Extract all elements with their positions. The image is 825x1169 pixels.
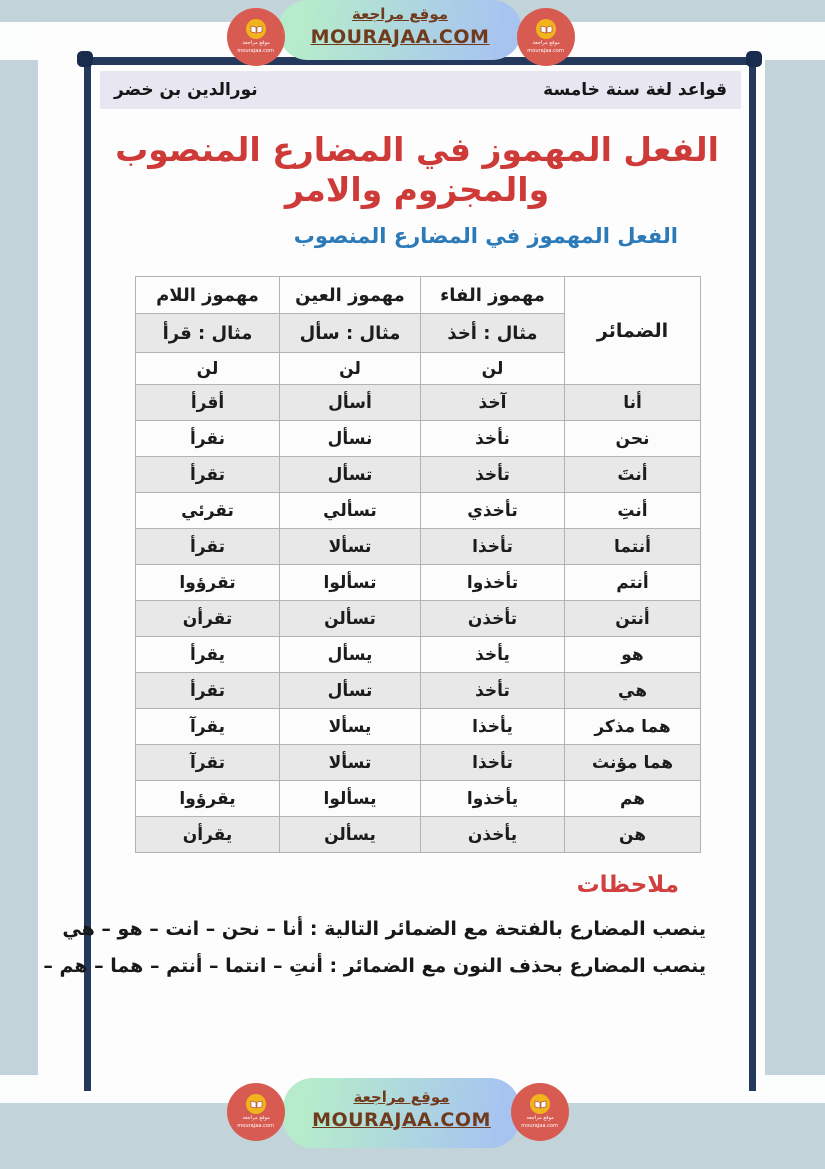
particle-cell: لن bbox=[136, 353, 280, 385]
col-ain-header: مهموز العين bbox=[280, 277, 421, 314]
lam-verb-cell: يقرأن bbox=[136, 817, 280, 853]
fa-verb-cell: تأخذ bbox=[421, 673, 565, 709]
lam-verb-cell: تقرئي bbox=[136, 493, 280, 529]
table-row: هنيأخذنيسألنيقرأن bbox=[136, 817, 701, 853]
open-book-icon bbox=[530, 1094, 550, 1114]
fa-verb-cell: يأخذوا bbox=[421, 781, 565, 817]
badge-text-url: mourajaa.com bbox=[238, 1123, 275, 1129]
lam-verb-cell: يقرآ bbox=[136, 709, 280, 745]
table-row: هما مذكريأخذايسألايقرآ bbox=[136, 709, 701, 745]
ain-verb-cell: يسألن bbox=[280, 817, 421, 853]
mourajaa-logo-badge: موقع مراجعة mourajaa.com bbox=[227, 1083, 285, 1141]
badge-text-ar: موقع مراجعة bbox=[242, 41, 269, 47]
ain-verb-cell: تسأل bbox=[280, 673, 421, 709]
note-line: ينصب المضارع بالفتحة مع الضمائر التالية … bbox=[62, 918, 706, 940]
ain-verb-cell: يسألوا bbox=[280, 781, 421, 817]
badge-text-url: mourajaa.com bbox=[528, 48, 565, 54]
open-book-icon bbox=[246, 1094, 266, 1114]
badge-text-ar: موقع مراجعة bbox=[242, 1116, 269, 1122]
col-ain-example: مثال : سأل bbox=[280, 314, 421, 353]
pronoun-cell: هما مؤنث bbox=[565, 745, 701, 781]
fa-verb-cell: تأخذن bbox=[421, 601, 565, 637]
ain-verb-cell: أسأل bbox=[280, 385, 421, 421]
header-row-names: الضمائر مهموز الفاء مهموز العين مهموز ال… bbox=[136, 277, 701, 314]
table-row: أنتِتأخذيتسأليتقرئي bbox=[136, 493, 701, 529]
mourajaa-logo-badge: موقع مراجعة mourajaa.com bbox=[511, 1083, 569, 1141]
pronoun-cell: أنتَ bbox=[565, 457, 701, 493]
fa-verb-cell: يأخذن bbox=[421, 817, 565, 853]
pronoun-cell: هما مذكر bbox=[565, 709, 701, 745]
ain-verb-cell: تسألوا bbox=[280, 565, 421, 601]
site-link-arabic[interactable]: موقع مراجعة bbox=[283, 1088, 520, 1108]
table-row: هميأخذوايسألوايقرؤوا bbox=[136, 781, 701, 817]
fa-verb-cell: آخذ bbox=[421, 385, 565, 421]
note-line: ينصب المضارع بحذف النون مع الضمائر : أنت… bbox=[43, 955, 706, 977]
document-header-bar: قواعد لغة سنة خامسة نورالدين بن خضر bbox=[100, 71, 741, 109]
section-title: الفعل المهموز في المضارع المنصوب bbox=[294, 224, 678, 248]
lam-verb-cell: تقرؤوا bbox=[136, 565, 280, 601]
col-lam-header: مهموز اللام bbox=[136, 277, 280, 314]
badge-text-url: mourajaa.com bbox=[522, 1123, 559, 1129]
site-link-domain[interactable]: MOURAJAA.COM bbox=[283, 1108, 520, 1133]
table-row: هويأخذيسأليقرأ bbox=[136, 637, 701, 673]
lam-verb-cell: أقرأ bbox=[136, 385, 280, 421]
open-book-icon bbox=[536, 19, 556, 39]
pronoun-cell: هن bbox=[565, 817, 701, 853]
fa-verb-cell: تأخذا bbox=[421, 529, 565, 565]
fa-verb-cell: تأخذوا bbox=[421, 565, 565, 601]
pronoun-cell: أنتن bbox=[565, 601, 701, 637]
pronoun-cell: هي bbox=[565, 673, 701, 709]
pronoun-cell: نحن bbox=[565, 421, 701, 457]
frame-right-border bbox=[749, 57, 756, 1091]
conjugation-table-wrap: الضمائر مهموز الفاء مهموز العين مهموز ال… bbox=[135, 276, 700, 853]
site-link-arabic[interactable]: موقع مراجعة bbox=[278, 5, 522, 25]
mourajaa-logo-badge: موقع مراجعة mourajaa.com bbox=[517, 8, 575, 66]
notes-title: ملاحظات bbox=[577, 872, 679, 898]
frame-corner-right bbox=[746, 51, 762, 67]
site-banner-top: موقع مراجعة MOURAJAA.COM bbox=[278, 0, 522, 60]
col-fa-header: مهموز الفاء bbox=[421, 277, 565, 314]
table-row: أنتنتأخذنتسألنتقرأن bbox=[136, 601, 701, 637]
lam-verb-cell: تقرأ bbox=[136, 673, 280, 709]
conjugation-table-head: الضمائر مهموز الفاء مهموز العين مهموز ال… bbox=[136, 277, 701, 385]
ain-verb-cell: تسألا bbox=[280, 529, 421, 565]
table-row: أنتماتأخذاتسألاتقرأ bbox=[136, 529, 701, 565]
header-author: نورالدين بن خضر bbox=[114, 80, 258, 100]
site-banner-bottom: موقع مراجعة MOURAJAA.COM bbox=[283, 1078, 520, 1148]
table-row: أنتمتأخذواتسألواتقرؤوا bbox=[136, 565, 701, 601]
pronouns-header-cell: الضمائر bbox=[565, 277, 701, 385]
document-canvas: قواعد لغة سنة خامسة نورالدين بن خضر الفع… bbox=[0, 0, 825, 1169]
badge-text-ar: موقع مراجعة bbox=[532, 41, 559, 47]
lam-verb-cell: تقرأن bbox=[136, 601, 280, 637]
particle-cell: لن bbox=[280, 353, 421, 385]
fa-verb-cell: تأخذ bbox=[421, 457, 565, 493]
badge-text-ar: موقع مراجعة bbox=[526, 1116, 553, 1122]
col-lam-example: مثال : قرأ bbox=[136, 314, 280, 353]
open-book-icon bbox=[246, 19, 266, 39]
ain-verb-cell: يسألا bbox=[280, 709, 421, 745]
lam-verb-cell: تقرأ bbox=[136, 457, 280, 493]
site-link-domain[interactable]: MOURAJAA.COM bbox=[278, 25, 522, 50]
pronoun-cell: أنا bbox=[565, 385, 701, 421]
mourajaa-logo-badge: موقع مراجعة mourajaa.com bbox=[227, 8, 285, 66]
table-row: هيتأخذتسألتقرأ bbox=[136, 673, 701, 709]
col-fa-example: مثال : أخذ bbox=[421, 314, 565, 353]
header-subject: قواعد لغة سنة خامسة bbox=[543, 80, 727, 100]
ain-verb-cell: تسألا bbox=[280, 745, 421, 781]
lam-verb-cell: نقرأ bbox=[136, 421, 280, 457]
pronoun-cell: أنتِ bbox=[565, 493, 701, 529]
fa-verb-cell: نأخذ bbox=[421, 421, 565, 457]
ain-verb-cell: تسأل bbox=[280, 457, 421, 493]
fa-verb-cell: يأخذ bbox=[421, 637, 565, 673]
lam-verb-cell: تقرأ bbox=[136, 529, 280, 565]
page-title: الفعل المهموز في المضارع المنصوب والمجزو… bbox=[92, 130, 742, 209]
ain-verb-cell: تسألي bbox=[280, 493, 421, 529]
frame-corner-left bbox=[77, 51, 93, 67]
fa-verb-cell: تأخذي bbox=[421, 493, 565, 529]
lam-verb-cell: يقرأ bbox=[136, 637, 280, 673]
table-row: أناآخذأسألأقرأ bbox=[136, 385, 701, 421]
lam-verb-cell: يقرؤوا bbox=[136, 781, 280, 817]
fa-verb-cell: تأخذا bbox=[421, 745, 565, 781]
worksheet-page: قواعد لغة سنة خامسة نورالدين بن خضر الفع… bbox=[38, 22, 765, 1103]
table-row: هما مؤنثتأخذاتسألاتقرآ bbox=[136, 745, 701, 781]
fa-verb-cell: يأخذا bbox=[421, 709, 565, 745]
lam-verb-cell: تقرآ bbox=[136, 745, 280, 781]
conjugation-table-body: أناآخذأسألأقرأنحننأخذنسألنقرأأنتَتأخذتسأ… bbox=[136, 385, 701, 853]
pronoun-cell: هم bbox=[565, 781, 701, 817]
table-row: أنتَتأخذتسألتقرأ bbox=[136, 457, 701, 493]
ain-verb-cell: نسأل bbox=[280, 421, 421, 457]
pronoun-cell: أنتم bbox=[565, 565, 701, 601]
ain-verb-cell: يسأل bbox=[280, 637, 421, 673]
pronoun-cell: أنتما bbox=[565, 529, 701, 565]
badge-text-url: mourajaa.com bbox=[238, 48, 275, 54]
conjugation-table: الضمائر مهموز الفاء مهموز العين مهموز ال… bbox=[135, 276, 701, 853]
pronoun-cell: هو bbox=[565, 637, 701, 673]
particle-cell: لن bbox=[421, 353, 565, 385]
ain-verb-cell: تسألن bbox=[280, 601, 421, 637]
table-row: نحننأخذنسألنقرأ bbox=[136, 421, 701, 457]
